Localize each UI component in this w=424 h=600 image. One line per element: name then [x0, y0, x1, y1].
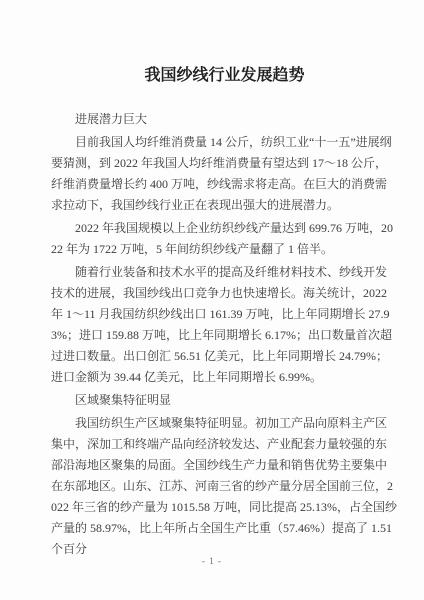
paragraph-export-growth: 随着行业装备和技术水平的提高及纤维材料技术、纱线开发技术的进展，我国纱线出口竞争… — [51, 262, 398, 388]
document-body: 进展潜力巨大 目前我国人均纤维消费量 14 公斤，纺织工业“十一五”进展纲要猜测… — [51, 109, 398, 560]
paragraph-fiber-consumption: 目前我国人均纤维消费量 14 公斤，纺织工业“十一五”进展纲要猜测，到 2022… — [51, 132, 398, 216]
page-number: - 1 - — [0, 556, 424, 567]
document-title: 我国纱线行业发展趋势 — [51, 64, 398, 88]
section-heading-growth-potential: 进展潜力巨大 — [51, 109, 398, 130]
document-page: 我国纱线行业发展趋势 进展潜力巨大 目前我国人均纤维消费量 14 公斤，纺织工业… — [0, 0, 424, 600]
paragraph-regional-clustering: 我国纺织生产区域聚集特征明显。初加工产品向原料主产区集中，深加工和终端产品向经济… — [51, 413, 398, 560]
section-heading-regional-clustering: 区域聚集特征明显 — [51, 390, 398, 411]
paragraph-yarn-output: 2022 年我国规模以上企业纺织纱线产量达到 699.76 万吨，2022 年为… — [51, 218, 398, 260]
